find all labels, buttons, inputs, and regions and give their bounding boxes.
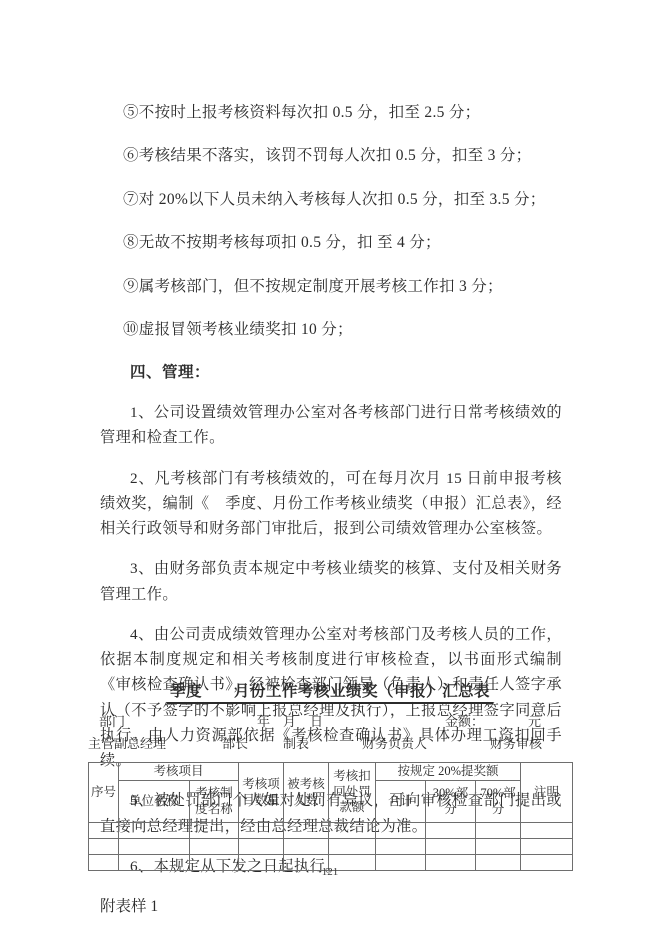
col-header-part70: 70%部分: [476, 781, 521, 823]
table-row: [89, 839, 573, 855]
col-header-assessed-people: 被考核人数: [284, 763, 329, 823]
deduction-item-6: ⑥考核结果不落实，该罚不罚每人次扣 0.5 分，扣至 3 分；: [100, 142, 562, 170]
col-header-part30: 30%部分: [426, 781, 476, 823]
label-day: 日: [310, 711, 323, 730]
form-meta-row-2: 主管副总经理 部长 制表 财务负责人 财务审核: [0, 733, 660, 755]
label-tabulator: 制表: [283, 733, 309, 752]
document-page: ⑤不按时上报考核资料每次扣 0.5 分，扣至 2.5 分； ⑥考核结果不落实，该…: [0, 0, 660, 934]
deduction-item-5: ⑤不按时上报考核资料每次扣 0.5 分，扣至 2.5 分；: [100, 99, 562, 127]
form-title: 季度 月份工作考核业绩奖（申报）汇总表: [0, 679, 660, 701]
deduction-item-7: ⑦对 20%以下人员未纳入考核每人次扣 0.5 分，扣至 3.5 分；: [100, 186, 562, 214]
form-meta-row-1: 部门 年 月 日 金额： 元: [0, 711, 660, 733]
label-finance-audit: 财务审核: [490, 733, 542, 752]
form-title-text: 季度 月份工作考核业绩奖（申报）汇总表: [167, 683, 493, 704]
paragraph-2: 2、凡考核部门有考核绩效的，可在每月次月 15 日前申报考核绩效奖，编制《 季度…: [100, 466, 562, 542]
label-year: 年: [257, 711, 270, 730]
col-header-item-count: 考核项目数量: [239, 763, 284, 823]
label-month: 月: [283, 711, 296, 730]
label-minister: 部长: [222, 733, 248, 752]
summary-table: 序号 考核项目 考核项目数量 被考核人数 考核扣回处罚款额 按规定 20%提奖额…: [88, 762, 573, 871]
col-group-award: 按规定 20%提奖额: [376, 763, 521, 781]
paragraph-1: 1、公司设置绩效管理办公室对各考核部门进行日常考核绩效的管理和检查工作。: [100, 400, 562, 450]
label-department: 部门: [99, 711, 125, 730]
col-header-deduction: 考核扣回处罚款额: [329, 763, 376, 823]
table-row: [89, 823, 573, 839]
label-deputy-gm: 主管副总经理: [88, 733, 166, 752]
col-header-system-name: 考核制度名称: [190, 781, 239, 823]
paragraph-3: 3、由财务部负责本规定中考核业绩奖的核算、支付及相关财务管理工作。: [100, 556, 562, 606]
deduction-item-9: ⑨属考核部门，但不按规定制度开展考核工作扣 3 分；: [100, 273, 562, 301]
col-header-total: 合计: [376, 781, 426, 823]
col-group-assess-item: 考核项目: [119, 763, 239, 781]
section-heading-management: 四、管理：: [100, 360, 562, 385]
col-header-unit-name: 单位名称: [119, 781, 190, 823]
label-finance-head: 财务负责人: [362, 733, 427, 752]
page-number: 121: [0, 866, 660, 878]
deduction-item-10: ⑩虚报冒领考核业绩奖扣 10 分；: [100, 316, 562, 344]
col-header-note: 注明: [521, 763, 573, 823]
attachment-label: 附表样 1: [100, 894, 562, 919]
label-amount: 金额：: [445, 711, 484, 730]
deduction-item-8: ⑧无故不按期考核每项扣 0.5 分，扣 至 4 分；: [100, 229, 562, 257]
col-header-seq: 序号: [89, 763, 119, 823]
label-currency: 元: [528, 711, 541, 730]
